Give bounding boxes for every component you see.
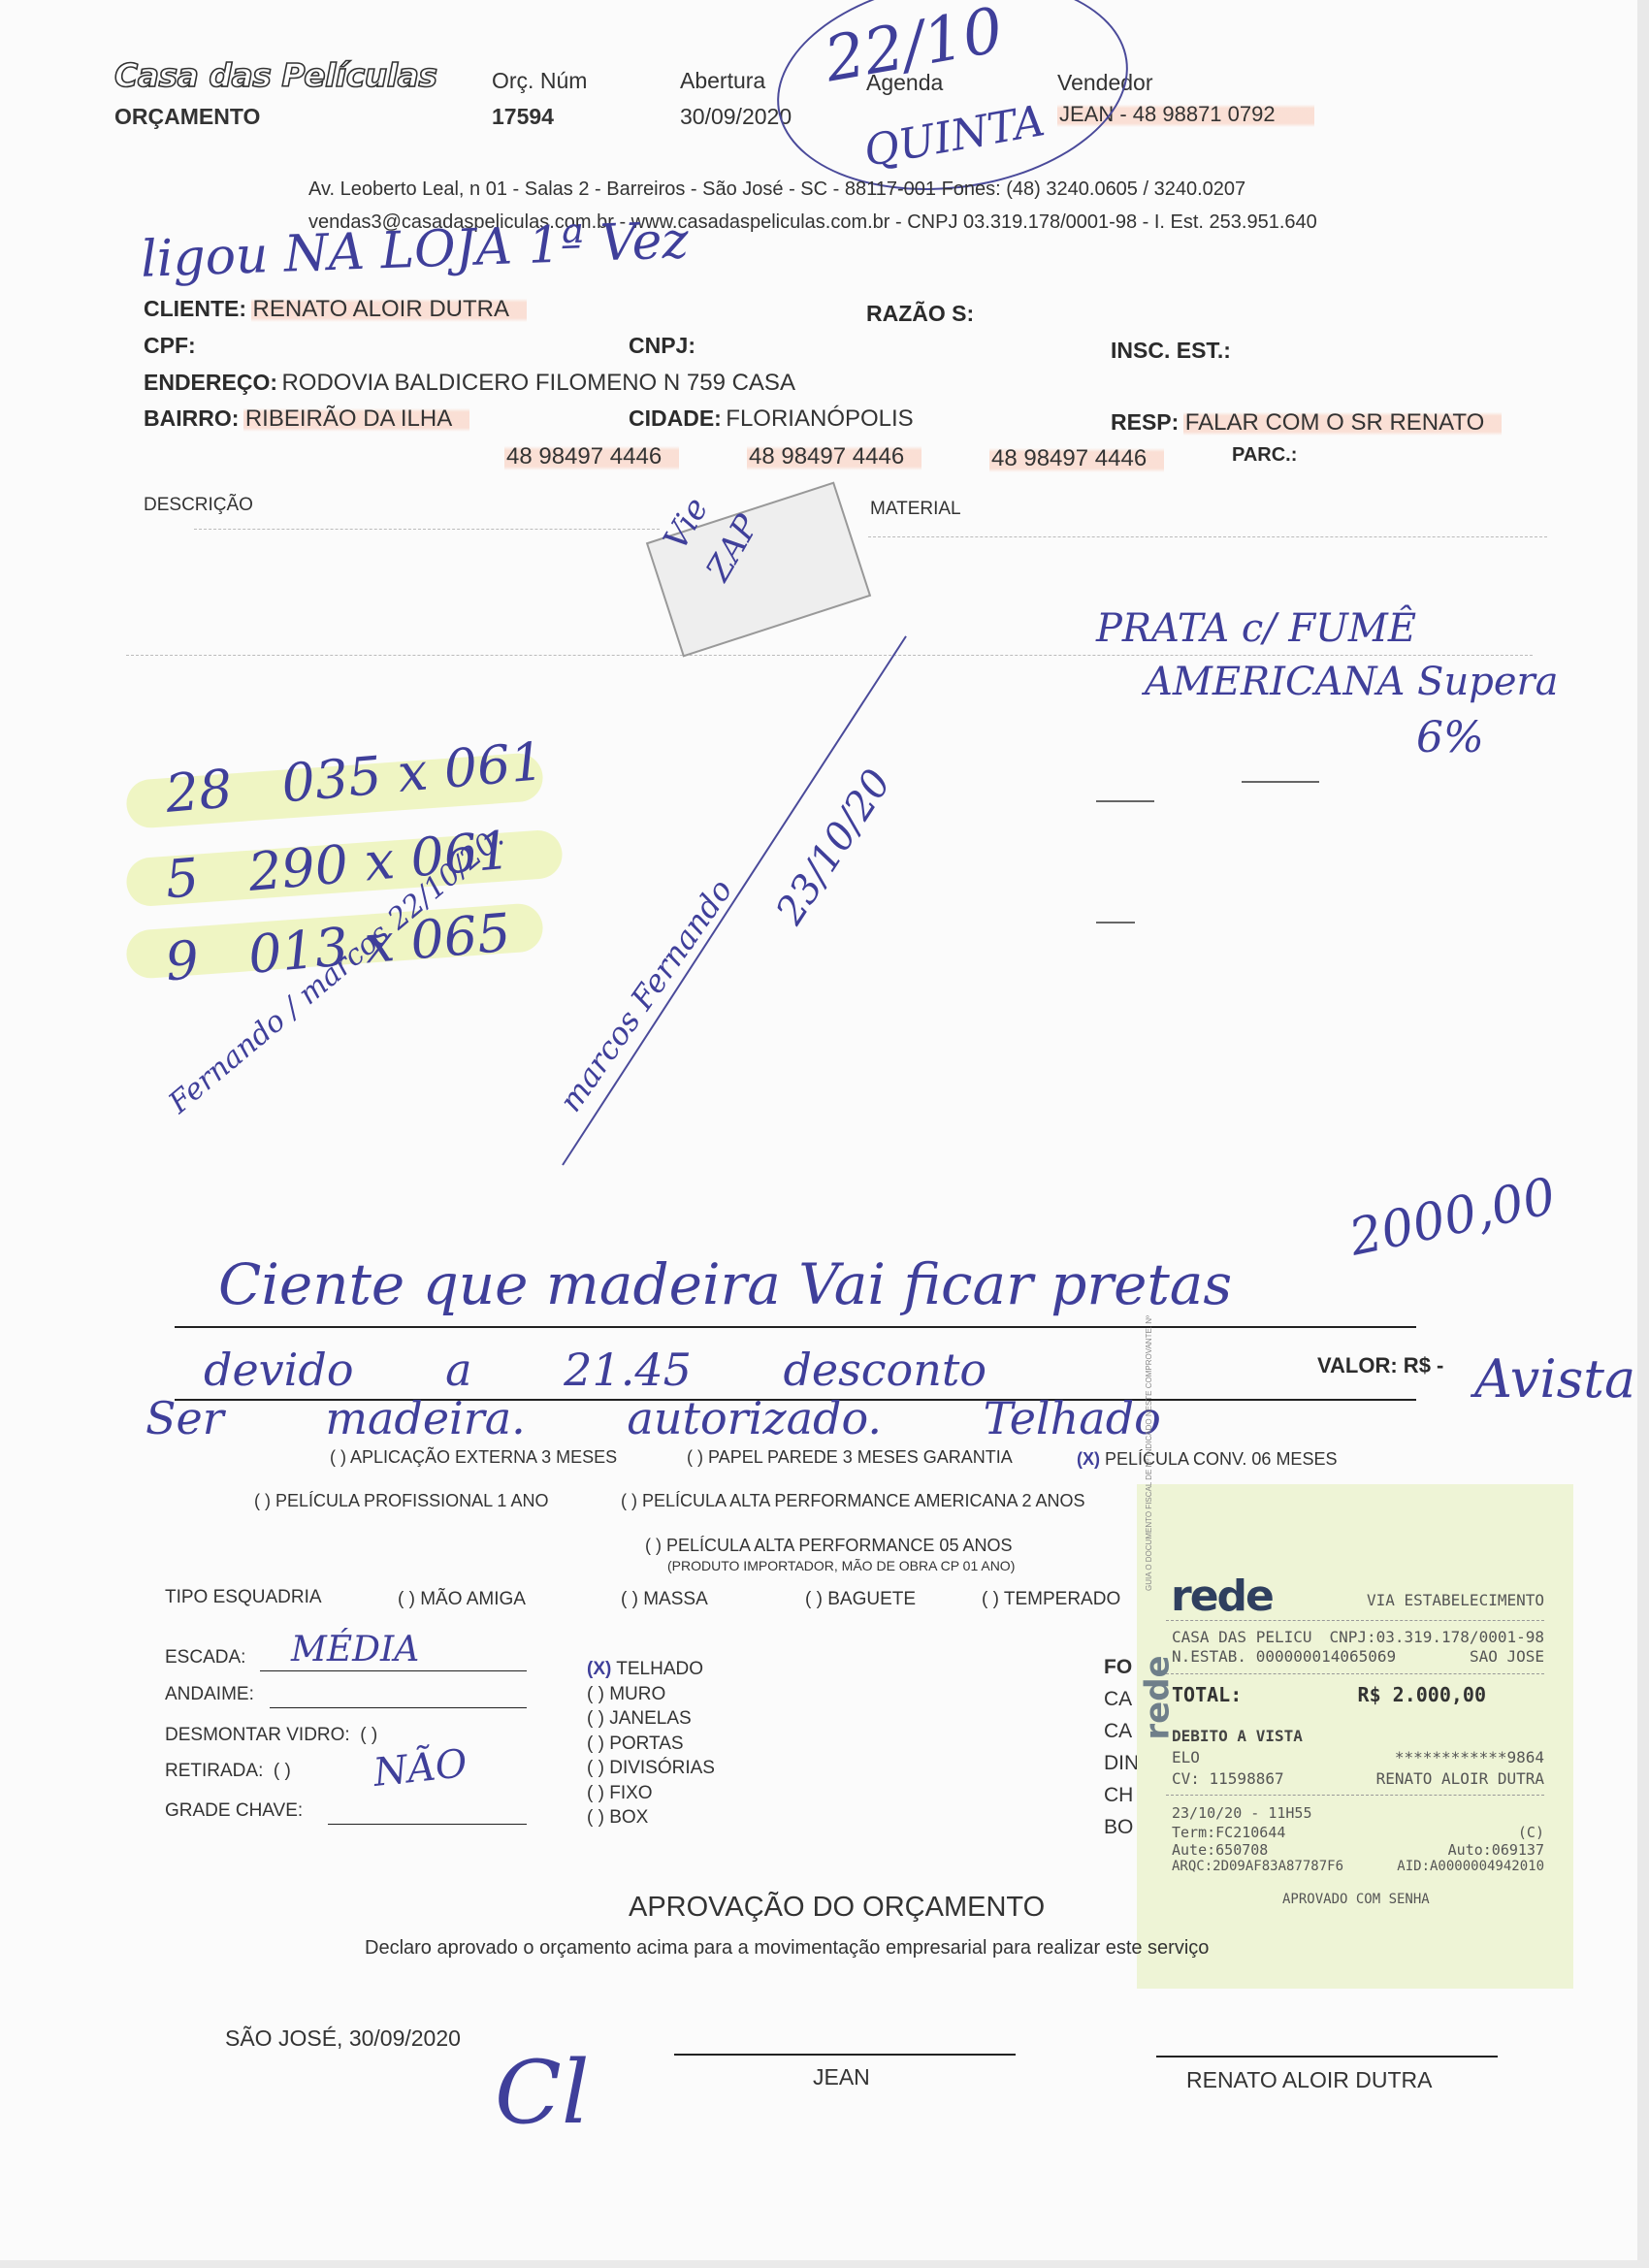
checkbox[interactable]: ( ) xyxy=(587,1758,604,1778)
receipt-divider xyxy=(1166,1795,1544,1796)
retirada-value: NÃO xyxy=(372,1741,469,1796)
option-label: PELÍCULA CONV. 06 MESES xyxy=(1105,1449,1337,1469)
cpf-label: CPF: xyxy=(144,333,196,359)
payment-label: CA xyxy=(1104,1715,1139,1747)
endereco-value: RODOVIA BALDICERO FILOMENO N 759 CASA xyxy=(281,370,794,396)
diag-note-2: marcos Fernando xyxy=(552,872,740,1118)
descricao-line xyxy=(194,529,660,530)
payment-label: FO xyxy=(1104,1651,1139,1683)
receipt-card-number: ************9864 xyxy=(1395,1748,1544,1766)
page-edge xyxy=(1637,0,1649,2268)
receipt-aid: AID:A0000004942010 xyxy=(1397,1859,1544,1874)
location-label: BOX xyxy=(609,1807,648,1828)
material-line xyxy=(868,536,1547,537)
material-note-2: AMERICANA Supera xyxy=(1145,660,1558,704)
receipt-side-note: GUIA O DOCUMENTO FISCAL DE Nº INDICADO N… xyxy=(1145,1315,1153,1591)
checkbox-checked[interactable]: (X) xyxy=(1077,1449,1100,1469)
receipt-card-brand: ELO xyxy=(1172,1748,1200,1766)
cnpj-label: CNPJ: xyxy=(629,333,695,359)
option-pelicula-americana[interactable]: ( ) PELÍCULA ALTA PERFORMANCE AMERICANA … xyxy=(621,1491,1085,1511)
receipt-cv: CV: 11598867 xyxy=(1172,1769,1284,1788)
receipt-via: VIA ESTABELECIMENTO xyxy=(1367,1591,1544,1609)
rede-logo: rede xyxy=(1171,1571,1273,1621)
esquadria-label: TIPO ESQUADRIA xyxy=(165,1587,322,1608)
company-logo: Casa das Películas xyxy=(114,56,437,94)
valor-written: Avista xyxy=(1474,1348,1635,1409)
orc-num: 17594 xyxy=(492,104,554,130)
company-address: Av. Leoberto Leal, n 01 - Salas 2 - Barr… xyxy=(308,178,1245,201)
dash-mark xyxy=(1096,922,1135,923)
receipt-auto: Auto:069137 xyxy=(1448,1841,1544,1859)
option-label: TEMPERADO xyxy=(1004,1589,1120,1609)
payment-label: CH xyxy=(1104,1779,1139,1811)
valor-label: VALOR: R$ - xyxy=(1317,1353,1443,1378)
handwritten-note-top: ligou NA LOJA 1ª Vez xyxy=(140,211,690,289)
resp-label: RESP: xyxy=(1111,409,1179,435)
receipt-arqc: ARQC:2D09AF83A87787F6 xyxy=(1172,1859,1343,1874)
desmontar-vidro[interactable]: DESMONTAR VIDRO: ( ) xyxy=(165,1725,377,1746)
obs-line-rule-1 xyxy=(175,1326,1416,1328)
location-janelas[interactable]: ( ) JANELAS xyxy=(587,1706,715,1732)
checkbox[interactable]: ( ) xyxy=(254,1491,271,1510)
option-label: APLICAÇÃO EXTERNA 3 MESES xyxy=(350,1447,617,1467)
cliente-label: CLIENTE: xyxy=(144,296,246,321)
receipt-status: APROVADO COM SENHA xyxy=(1282,1892,1430,1907)
dash-mark xyxy=(1242,781,1319,783)
retirada-label: RETIRADA: xyxy=(165,1761,263,1781)
location-label: DIVISÓRIAS xyxy=(609,1758,715,1778)
location-fixo[interactable]: ( ) FIXO xyxy=(587,1781,715,1806)
approval-declaration: Declaro aprovado o orçamento acima para … xyxy=(365,1937,1209,1960)
cidade-label: CIDADE: xyxy=(629,405,722,431)
material-note-3: 6% xyxy=(1416,713,1484,762)
item-qty: 9 xyxy=(163,929,202,993)
phone-1: 48 98497 4446 xyxy=(504,443,679,470)
option-label: PELÍCULA ALTA PERFORMANCE 05 ANOS xyxy=(666,1536,1012,1555)
seller-signature-name: JEAN xyxy=(813,2064,870,2090)
checkbox-checked[interactable]: (X) xyxy=(587,1659,611,1679)
esquadria-mao-amiga[interactable]: ( ) MÃO AMIGA xyxy=(398,1589,526,1610)
diag-date: 23/10/20 xyxy=(767,761,899,932)
esquadria-temperado[interactable]: ( ) TEMPERADO xyxy=(982,1589,1120,1610)
item-qty: 28 xyxy=(163,758,235,825)
receipt-total: R$ 2.000,00 xyxy=(1358,1683,1486,1706)
client-signature-name: RENATO ALOIR DUTRA xyxy=(1186,2067,1432,2093)
cliente-value: RENATO ALOIR DUTRA xyxy=(251,296,528,322)
receipt-holder: RENATO ALOIR DUTRA xyxy=(1376,1769,1544,1788)
checkbox[interactable]: ( ) xyxy=(330,1447,346,1467)
grade-chave-label: GRADE CHAVE: xyxy=(165,1800,303,1822)
payment-label: CA xyxy=(1104,1683,1139,1715)
razao-label: RAZÃO S: xyxy=(866,301,974,327)
payment-partial-labels: FO CA CA DIN CH BO xyxy=(1104,1651,1139,1843)
receipt-city: SAO JOSE xyxy=(1470,1647,1544,1666)
handwritten-signature: Cl xyxy=(495,2042,590,2144)
location-label: FIXO xyxy=(609,1783,652,1803)
esquadria-massa[interactable]: ( ) MASSA xyxy=(621,1589,708,1610)
receipt-c-flag: (C) xyxy=(1518,1824,1544,1841)
location-list: (X) TELHADO ( ) MURO ( ) JANELAS ( ) POR… xyxy=(587,1657,715,1831)
resp-row: RESP: FALAR COM O SR RENATO xyxy=(1111,409,1502,437)
receipt-type: DEBITO A VISTA xyxy=(1172,1727,1303,1745)
obs-line-2: devido a 21.45 desconto xyxy=(204,1344,986,1396)
material-note-1: PRATA c/ FUMÊ xyxy=(1096,606,1416,651)
checkbox[interactable]: ( ) xyxy=(587,1684,604,1704)
option-pelicula-conv[interactable]: (X) PELÍCULA CONV. 06 MESES xyxy=(1077,1449,1337,1470)
payment-label: BO xyxy=(1104,1811,1139,1843)
receipt-divider xyxy=(1166,1620,1544,1621)
parc-label: PARC.: xyxy=(1232,444,1297,467)
bairro-row: BAIRRO: RIBEIRÃO DA ILHA xyxy=(144,405,469,433)
grade-chave-line xyxy=(328,1824,527,1825)
andaime-line xyxy=(270,1707,527,1708)
bairro-value: RIBEIRÃO DA ILHA xyxy=(243,405,469,432)
seller-signature-line xyxy=(674,2054,1016,2056)
endereco-row: ENDEREÇO: RODOVIA BALDICERO FILOMENO N 7… xyxy=(144,370,795,397)
location-label: JANELAS xyxy=(609,1708,691,1729)
desmontar-label: DESMONTAR VIDRO: xyxy=(165,1725,350,1745)
location-portas[interactable]: ( ) PORTAS xyxy=(587,1732,715,1757)
location-label: MURO xyxy=(609,1684,665,1704)
option-label: MÃO AMIGA xyxy=(420,1589,526,1609)
escada-line xyxy=(260,1670,527,1671)
cidade-row: CIDADE: FLORIANÓPOLIS xyxy=(629,405,914,433)
option-pelicula-5-anos[interactable]: ( ) PELÍCULA ALTA PERFORMANCE 05 ANOS xyxy=(645,1536,1012,1556)
location-box[interactable]: ( ) BOX xyxy=(587,1805,715,1831)
doc-type: ORÇAMENTO xyxy=(114,104,260,130)
row-line xyxy=(126,655,1533,656)
bairro-label: BAIRRO: xyxy=(144,405,239,431)
abertura-label: Abertura xyxy=(680,68,765,94)
option-label: BAGUETE xyxy=(827,1589,916,1609)
receipt-estab: N.ESTAB. 000000014065069 xyxy=(1172,1647,1396,1666)
retirada[interactable]: RETIRADA: ( ) xyxy=(165,1761,291,1782)
receipt-merchant: CASA DAS PELICU xyxy=(1172,1628,1312,1646)
checkbox[interactable]: ( ) xyxy=(587,1783,604,1803)
obs-line-3: Ser madeira. autorizado. Telhado xyxy=(145,1392,1161,1444)
option-pelicula-5-anos-sub: (PRODUTO IMPORTADOR, MÃO DE OBRA CP 01 A… xyxy=(667,1558,1015,1573)
descricao-label: DESCRIÇÃO xyxy=(144,495,253,516)
material-label: MATERIAL xyxy=(870,499,961,520)
checkbox[interactable]: ( ) xyxy=(587,1807,604,1828)
escada-value: MÉDIA xyxy=(291,1630,419,1669)
option-aplicacao-externa[interactable]: ( ) APLICAÇÃO EXTERNA 3 MESES xyxy=(330,1447,617,1468)
item-qty: 5 xyxy=(163,847,202,911)
checkbox[interactable]: ( ) xyxy=(274,1761,291,1781)
location-divisorias[interactable]: ( ) DIVISÓRIAS xyxy=(587,1756,715,1781)
receipt-divider xyxy=(1166,1673,1544,1674)
resp-value: FALAR COM O SR RENATO xyxy=(1183,409,1503,436)
option-papel-parede[interactable]: ( ) PAPEL PAREDE 3 MESES GARANTIA xyxy=(687,1447,1013,1468)
receipt-datetime: 23/10/20 - 11H55 xyxy=(1172,1804,1312,1822)
receipt-aute: Aute:650708 xyxy=(1172,1841,1268,1859)
insc-est-label: INSC. EST.: xyxy=(1111,338,1231,364)
total-written: 2000,00 xyxy=(1344,1167,1561,1267)
option-label: PELÍCULA ALTA PERFORMANCE AMERICANA 2 AN… xyxy=(642,1491,1084,1510)
checkbox[interactable]: ( ) xyxy=(621,1491,637,1510)
place-date: SÃO JOSÉ, 30/09/2020 xyxy=(225,2025,461,2052)
abertura-date: 30/09/2020 xyxy=(680,104,792,130)
dash-mark xyxy=(1096,800,1154,802)
receipt-term: Term:FC210644 xyxy=(1172,1824,1285,1841)
client-signature-line xyxy=(1156,2056,1498,2057)
andaime-label: ANDAIME: xyxy=(165,1684,254,1705)
endereco-label: ENDEREÇO: xyxy=(144,370,277,395)
phone-2: 48 98497 4446 xyxy=(747,443,921,470)
phone-3: 48 98497 4446 xyxy=(989,445,1164,472)
location-telhado[interactable]: (X) TELHADO xyxy=(587,1657,715,1682)
checkbox[interactable]: ( ) xyxy=(360,1725,377,1745)
receipt-total-label: TOTAL: xyxy=(1172,1683,1242,1706)
checkbox[interactable]: ( ) xyxy=(398,1589,415,1609)
checkbox[interactable]: ( ) xyxy=(587,1733,604,1754)
option-label: PAPEL PAREDE 3 MESES GARANTIA xyxy=(708,1447,1013,1467)
cliente-row: CLIENTE: RENATO ALOIR DUTRA xyxy=(144,296,527,323)
option-label: MASSA xyxy=(643,1589,708,1609)
checkbox[interactable]: ( ) xyxy=(621,1589,638,1609)
page-bottom-edge xyxy=(0,2260,1649,2268)
checkbox[interactable]: ( ) xyxy=(587,1708,604,1729)
checkbox[interactable]: ( ) xyxy=(687,1447,703,1467)
card-receipt: GUIA O DOCUMENTO FISCAL DE Nº INDICADO N… xyxy=(1137,1484,1573,1989)
location-label: TELHADO xyxy=(616,1659,703,1679)
payment-label: DIN xyxy=(1104,1747,1139,1779)
checkbox[interactable]: ( ) xyxy=(645,1536,662,1555)
approval-title: APROVAÇÃO DO ORÇAMENTO xyxy=(629,1892,1045,1924)
option-pelicula-profissional[interactable]: ( ) PELÍCULA PROFISSIONAL 1 ANO xyxy=(254,1491,548,1511)
option-label: PELÍCULA PROFISSIONAL 1 ANO xyxy=(275,1491,548,1510)
receipt-cnpj: CNPJ:03.319.178/0001-98 xyxy=(1329,1628,1544,1646)
checkbox[interactable]: ( ) xyxy=(805,1589,823,1609)
checkbox[interactable]: ( ) xyxy=(982,1589,999,1609)
obs-line-1: Ciente que madeira Vai ficar pretas xyxy=(218,1251,1232,1317)
cidade-value: FLORIANÓPOLIS xyxy=(726,405,913,432)
esquadria-baguete[interactable]: ( ) BAGUETE xyxy=(805,1589,916,1610)
orc-num-label: Orç. Núm xyxy=(492,68,587,94)
location-muro[interactable]: ( ) MURO xyxy=(587,1682,715,1707)
escada-label: ESCADA: xyxy=(165,1647,245,1669)
location-label: PORTAS xyxy=(609,1733,683,1754)
